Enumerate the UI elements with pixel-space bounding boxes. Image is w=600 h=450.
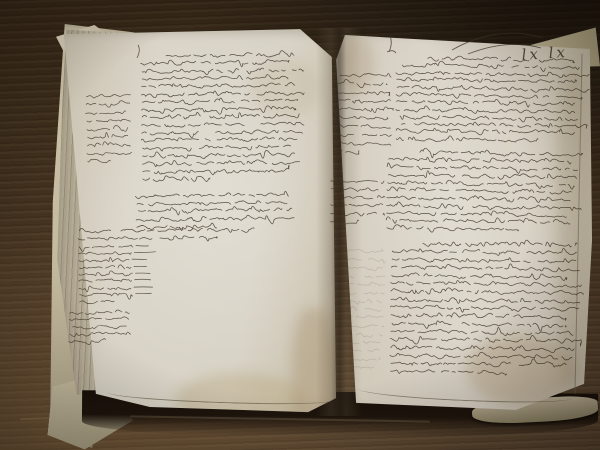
manuscript-photo: lx lx <box>0 0 600 450</box>
gutter-shadow <box>316 28 362 416</box>
left-page-stain-top <box>250 58 320 118</box>
left-page <box>60 28 336 414</box>
right-page <box>334 30 600 418</box>
